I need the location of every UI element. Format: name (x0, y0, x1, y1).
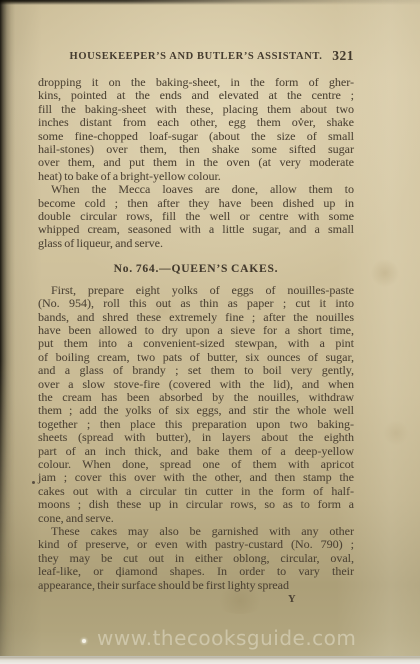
page-body: dropping it on the baking-sheet, in the … (38, 76, 354, 606)
text-line: colour. When done, spread one of them wi… (38, 458, 354, 471)
text-line: glass of liqueur, and serve. (38, 237, 354, 250)
text-line: they may be cut out in either oblong, ci… (38, 552, 354, 565)
running-head: HOUSEKEEPER’S AND BUTLER’S ASSISTANT. 32… (38, 51, 354, 67)
text-line: become cold ; then after they have been … (38, 197, 354, 210)
text-line: bands, and shred these extremely fine ; … (38, 311, 354, 324)
signature-mark: Y (38, 593, 354, 606)
text-line: and a glass of brandy ; set them to boil… (38, 364, 354, 377)
text-line: dropping it on the baking-sheet, in the … (38, 76, 354, 89)
scan-bottom-strip (0, 656, 420, 664)
text-line: them ; add the yolks of six eggs, and st… (38, 404, 354, 417)
text-line: When the Mecca loaves are done, allow th… (38, 183, 354, 196)
text-line: kind of preserve, or even with pastry-cu… (38, 538, 354, 551)
text-line: fill the baking-sheet with these, placin… (38, 103, 354, 116)
text-line: (No. 954), roll this out as thin as pape… (38, 297, 354, 310)
text-line: inches distant from each other, egg them… (38, 116, 354, 129)
text-line: kins, pointed at the ends and elevated a… (38, 89, 354, 102)
watermark-text: www.thecooksguide.com (97, 626, 356, 650)
page-number: 321 (332, 48, 354, 64)
text-line: leaf-like, or diamond shapes. In order t… (38, 565, 354, 578)
text-line: together ; then place this preparation u… (38, 418, 354, 431)
text-line: cone, and serve. (38, 512, 354, 525)
text-line: over a slow stove-fire (covered with the… (38, 378, 354, 391)
running-title: HOUSEKEEPER’S AND BUTLER’S ASSISTANT. (38, 51, 354, 62)
text-line: whipped cream, seasoned with a little su… (38, 223, 354, 236)
text-line: moons ; dish these up in circular rows, … (38, 498, 354, 511)
text-line: First, prepare eight yolks of eggs of no… (38, 284, 354, 297)
text-line: the cream has been absorbed by the nouil… (38, 391, 354, 404)
text-line: put them into a convenient-sized stewpan… (38, 337, 354, 350)
text-line: cakes out with a circular tin cutter in … (38, 485, 354, 498)
text-line: part of an inch thick, and bake them of … (38, 445, 354, 458)
book-page-scan: HOUSEKEEPER’S AND BUTLER’S ASSISTANT. 32… (0, 0, 420, 664)
text-line: over them, and put them in the oven (at … (38, 156, 354, 169)
scan-edge-top (0, 0, 420, 5)
text-line: hail-stones) over them, then shake some … (38, 143, 354, 156)
text-line: heat) to bake of a bright-yellow colour. (38, 170, 354, 183)
scan-edge-left (0, 0, 15, 657)
text-line: sheets (spread with butter), in layers a… (38, 431, 354, 444)
text-line: jam ; cover this over with the other, an… (38, 471, 354, 484)
text-line: of boiling cream, two pats of butter, si… (38, 351, 354, 364)
text-line: appearance, their surface should be firs… (38, 579, 354, 592)
recipe-heading: No. 764.—QUEEN’S CAKES. (38, 263, 354, 276)
text-line: These cakes may also be garnished with a… (38, 525, 354, 538)
text-line: some fine-chopped loaf-sugar (about the … (38, 130, 354, 143)
text-line: double circular rows, fill the well or c… (38, 210, 354, 223)
text-line: have been allowed to dry upon a sieve fo… (38, 324, 354, 337)
